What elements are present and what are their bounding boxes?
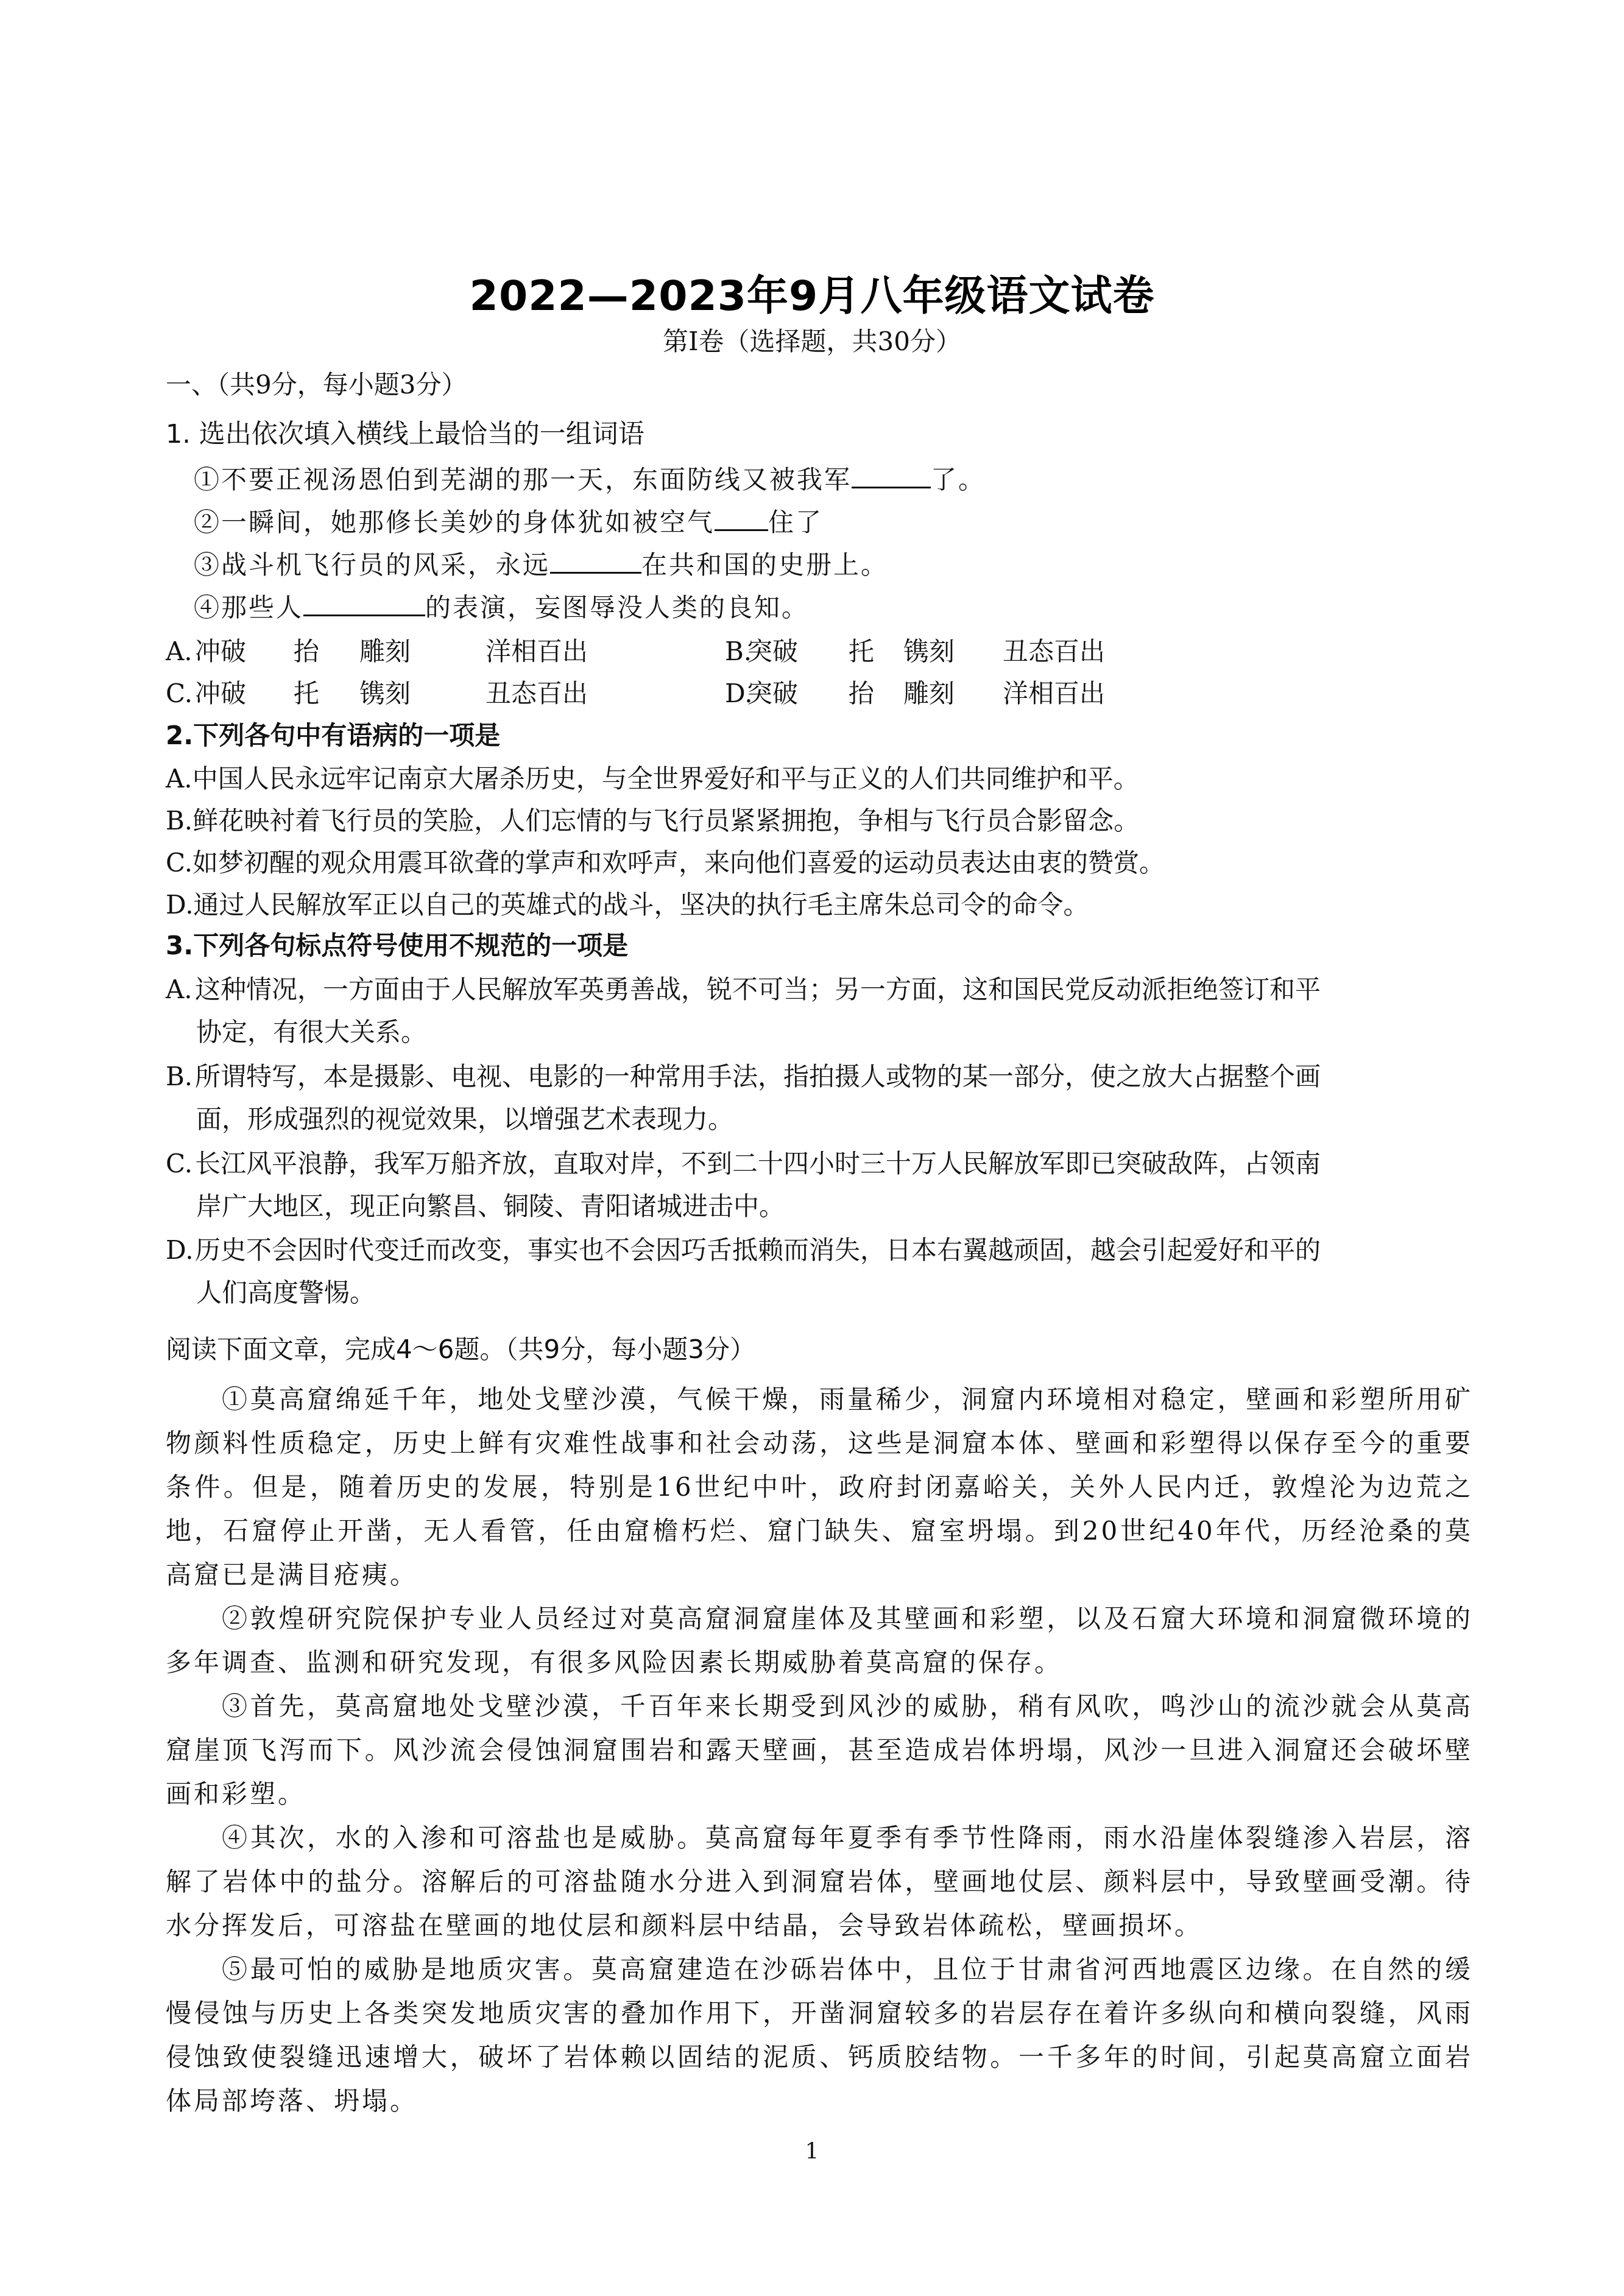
fill-blank[interactable] bbox=[303, 593, 425, 616]
paragraph-3: ③首先，莫高窟地处戈壁沙漠，千百年来长期受到风沙的威胁，稍有风吹，鸣沙山的流沙就… bbox=[166, 1685, 1473, 1816]
q3-option-a[interactable]: A.这种情况，一方面由于人民解放军英勇善战，锐不可当；另一方面，这和国民党反动派… bbox=[166, 973, 1321, 1007]
q3-option-b-cont: 面，形成强烈的视觉效果，以增强艺术表现力。 bbox=[196, 1102, 733, 1136]
question-2-stem: 2.下列各句中有语病的一项是 bbox=[166, 719, 500, 753]
q2-option-c[interactable]: C.如梦初醒的观众用震耳欲聋的掌声和欢呼声，来向他们喜爱的运动员表达由衷的赞赏。 bbox=[166, 846, 1165, 880]
q3-option-a-cont: 协定，有很大关系。 bbox=[196, 1015, 426, 1049]
question-number: 3. bbox=[166, 931, 193, 960]
question-text: 下列各句中有语病的一项是 bbox=[193, 720, 500, 750]
exam-page: 2022—2023年9月八年级语文试卷 第Ⅰ卷（选择题，共30分） 一、（共9分… bbox=[0, 0, 1624, 2296]
q2-option-a[interactable]: A.中国人民永远牢记南京大屠杀历史，与全世界爱好和平与正义的人们共同维护和平。 bbox=[166, 762, 1139, 796]
q1-sentence-4: ④那些人的表演，妄图辱没人类的良知。 bbox=[194, 591, 809, 625]
question-text: 选出依次填入横线上最恰当的一组词语 bbox=[199, 419, 644, 449]
circled-number: ② bbox=[194, 507, 221, 537]
reading-header: 阅读下面文章，完成4～6题。（共9分，每小题3分） bbox=[166, 1333, 755, 1367]
question-3-stem: 3.下列各句标点符号使用不规范的一项是 bbox=[166, 929, 628, 963]
paragraph-4: ④其次，水的入渗和可溶盐也是威胁。莫高窟每年夏季有季节性降雨，雨水沿崖体裂缝渗入… bbox=[166, 1816, 1473, 1948]
circled-number: ④ bbox=[194, 593, 221, 622]
q3-option-b[interactable]: B.所谓特写，本是摄影、电视、电影的一种常用手法，指拍摄人或物的某一部分，使之放… bbox=[166, 1060, 1321, 1094]
exam-title: 2022—2023年9月八年级语文试卷 bbox=[0, 263, 1624, 322]
q1-sentence-2: ②一瞬间，她那修长美妙的身体犹如被空气住了 bbox=[194, 505, 823, 540]
question-text: 下列各句标点符号使用不规范的一项是 bbox=[193, 931, 628, 960]
question-number: 1. bbox=[166, 419, 191, 449]
exam-subtitle: 第Ⅰ卷（选择题，共30分） bbox=[0, 322, 1624, 358]
fill-blank[interactable] bbox=[852, 465, 931, 488]
fill-blank[interactable] bbox=[550, 550, 641, 574]
question-number: 2. bbox=[166, 720, 193, 750]
q3-option-c[interactable]: C.长江风平浪静，我军万船齐放，直取对岸，不到二十四小时三十万人民解放军即已突破… bbox=[166, 1147, 1321, 1181]
question-1-stem: 1. 选出依次填入横线上最恰当的一组词语 bbox=[166, 417, 644, 451]
reading-passage: ①莫高窟绵延千年，地处戈壁沙漠，气候干燥，雨量稀少，洞窟内环境相对稳定，壁画和彩… bbox=[166, 1378, 1473, 2123]
q3-option-c-cont: 岸广大地区，现正向繁昌、铜陵、青阳诸城进击中。 bbox=[196, 1189, 785, 1224]
paragraph-5: ⑤最可怕的威胁是地质灾害。莫高窟建造在沙砾岩体中，且位于甘肃省河西地震区边缘。在… bbox=[166, 1948, 1473, 2123]
paragraph-1: ①莫高窟绵延千年，地处戈壁沙漠，气候干燥，雨量稀少，洞窟内环境相对稳定，壁画和彩… bbox=[166, 1378, 1473, 1597]
q3-option-d[interactable]: D.历史不会因时代变迁而改变，事实也不会因巧舌抵赖而消失，日本右翼越顽固，越会引… bbox=[166, 1233, 1321, 1267]
q3-option-d-cont: 人们高度警惕。 bbox=[196, 1276, 375, 1310]
page-number: 1 bbox=[0, 2139, 1624, 2164]
section-one-header: 一、（共9分，每小题3分） bbox=[166, 368, 467, 402]
q1-sentence-1: ①不要正视汤恩伯到芜湖的那一天，东面防线又被我军了。 bbox=[194, 463, 986, 497]
paragraph-2: ②敦煌研究院保护专业人员经过对莫高窟洞窟崖体及其壁画和彩塑，以及石窟大环境和洞窟… bbox=[166, 1597, 1473, 1685]
fill-blank[interactable] bbox=[715, 507, 768, 531]
q2-option-d[interactable]: D.通过人民解放军正以自己的英雄式的战斗，坚决的执行毛主席朱总司令的命令。 bbox=[166, 888, 1089, 922]
q2-option-b[interactable]: B.鲜花映衬着飞行员的笑脸，人们忘情的与飞行员紧紧拥抱，争相与飞行员合影留念。 bbox=[166, 804, 1139, 838]
circled-number: ① bbox=[194, 465, 221, 495]
q1-sentence-3: ③战斗机飞行员的风采，永远在共和国的史册上。 bbox=[194, 548, 888, 582]
circled-number: ③ bbox=[194, 550, 221, 580]
